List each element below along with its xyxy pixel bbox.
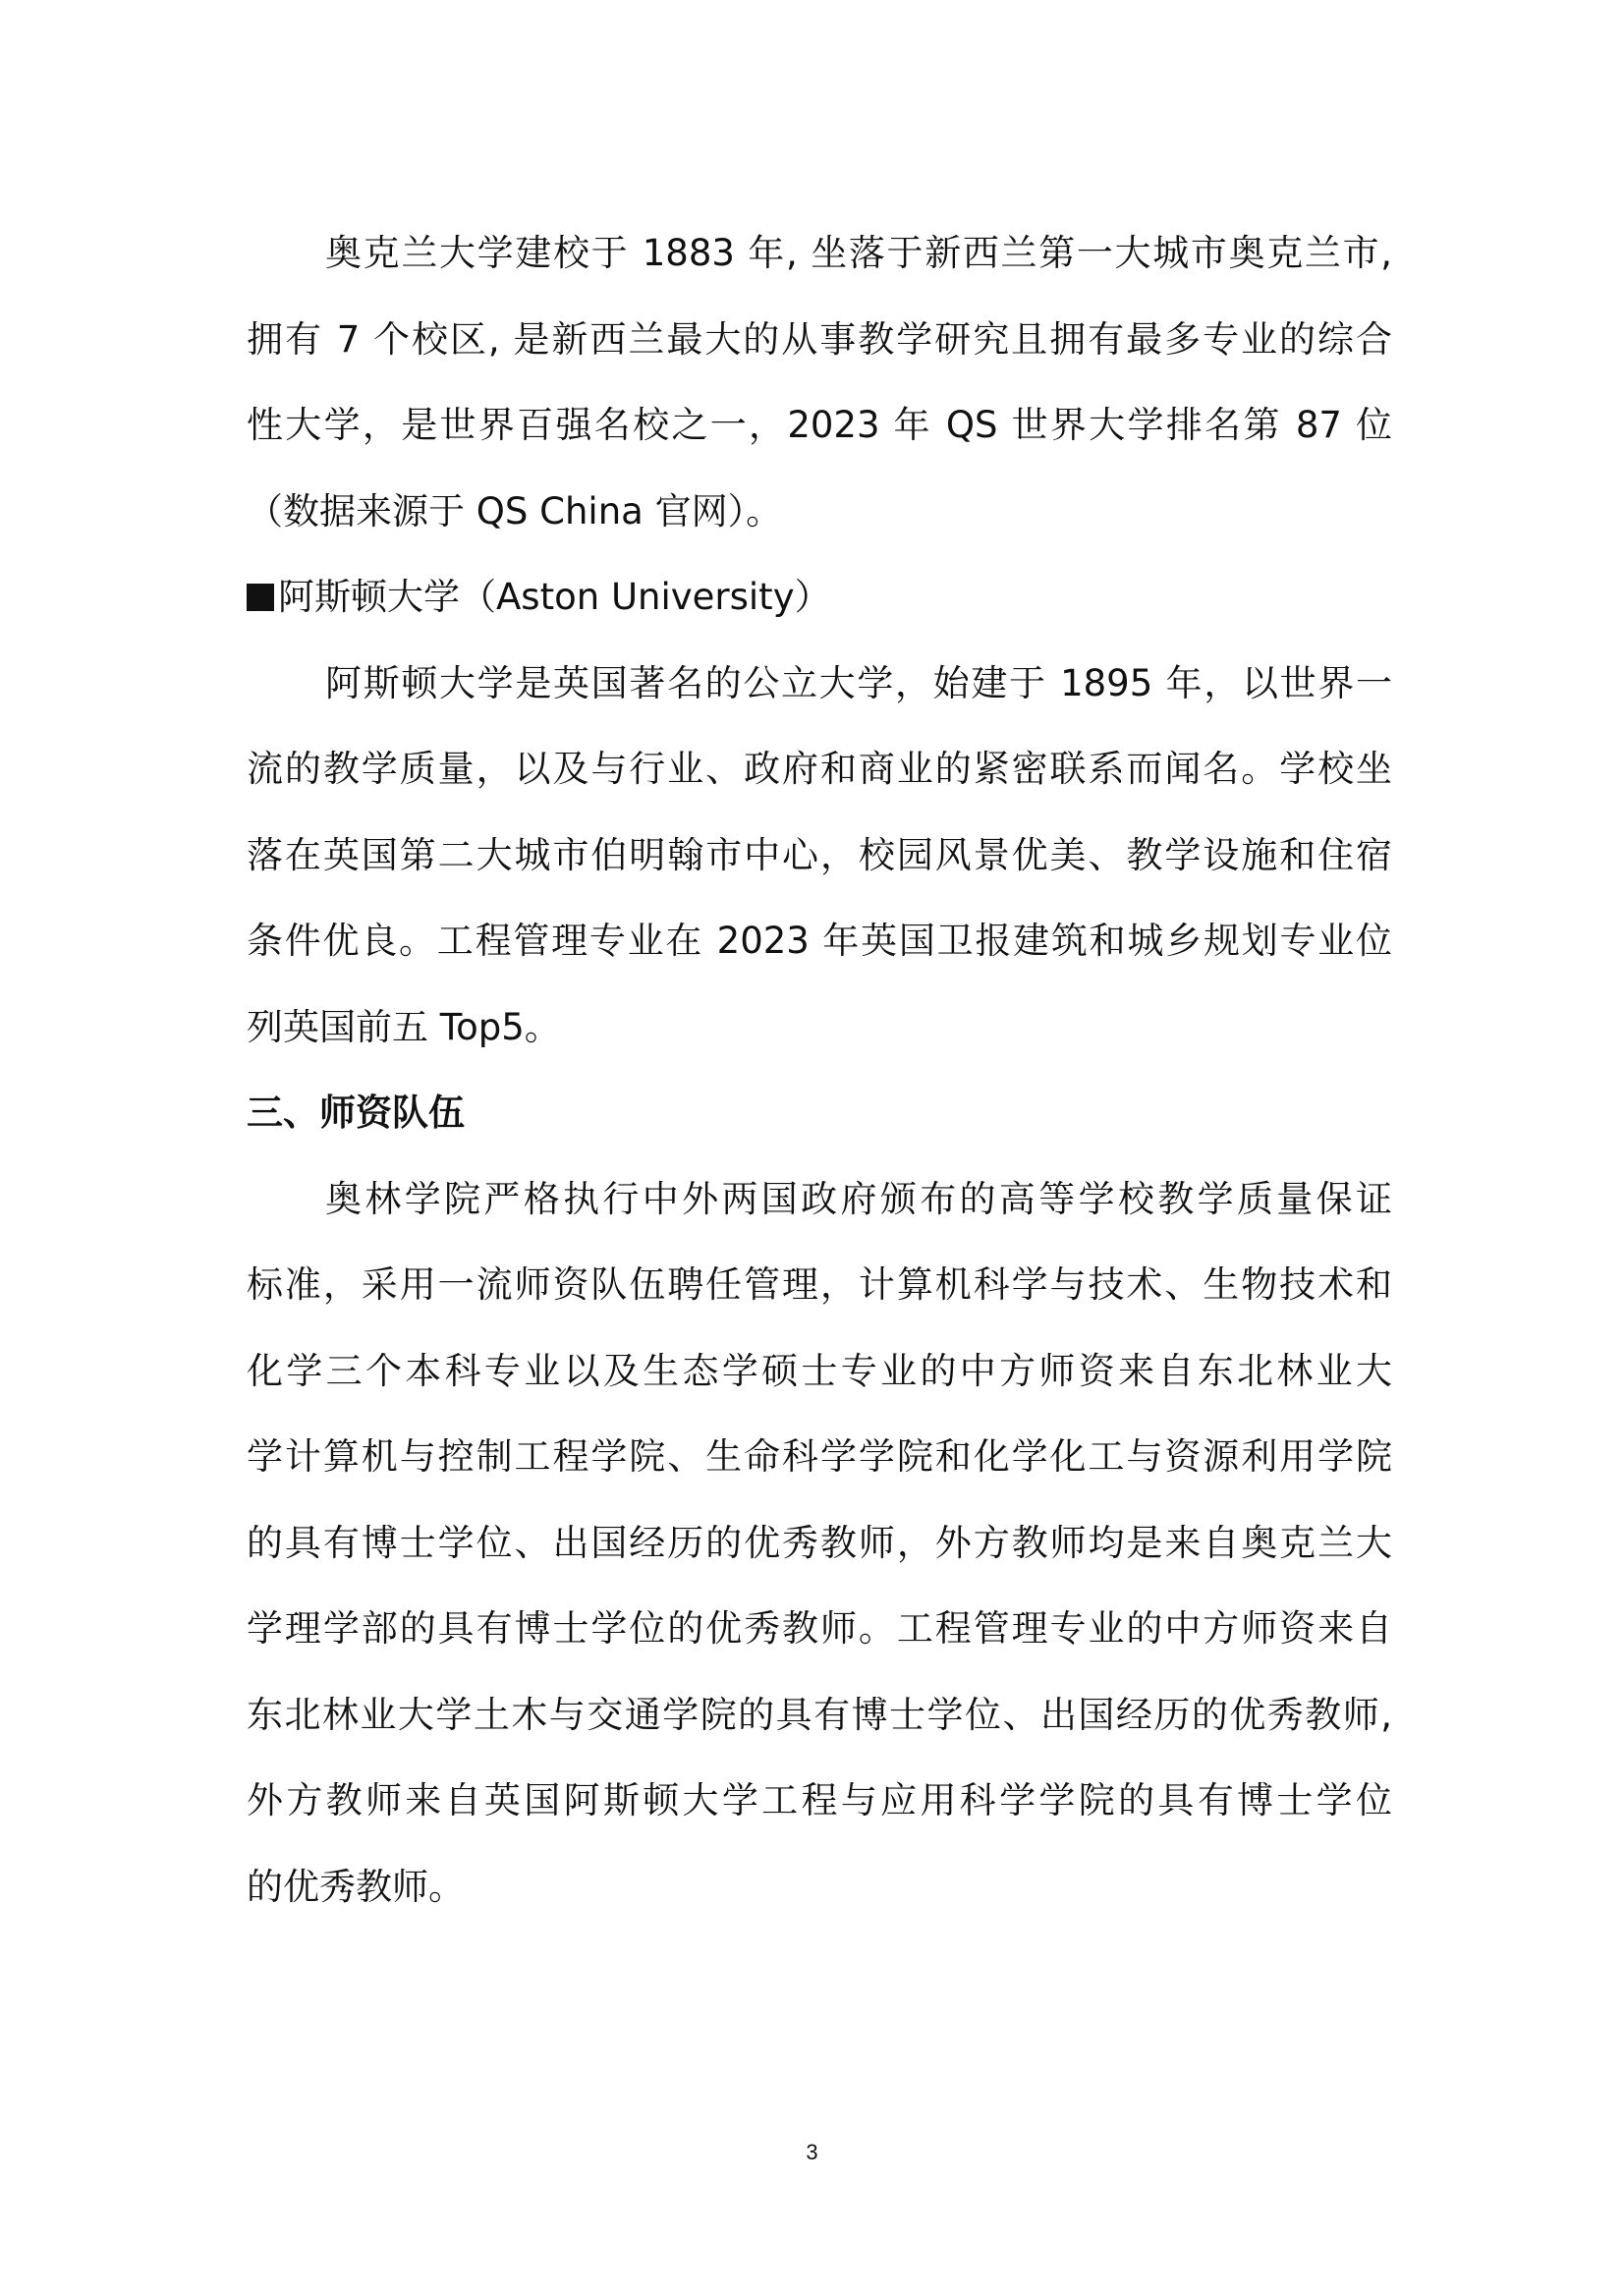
text-line: 学计算机与控制工程学院、生命科学学院和化学化工与资源利用学院 — [247, 1414, 1392, 1500]
page-content: 奥克兰大学建校于 1883 年, 坐落于新西兰第一大城市奥克兰市, 拥有 7 个… — [247, 210, 1392, 1930]
text-line: （数据来源于 QS China 官网）。 — [247, 469, 1392, 555]
text-line: 的具有博士学位、出国经历的优秀教师，外方教师均是来自奥克兰大 — [247, 1500, 1392, 1587]
text-line: 落在英国第二大城市伯明翰市中心，校园风景优美、教学设施和住宿 — [247, 812, 1392, 899]
text-line: 的优秀教师。 — [247, 1844, 1392, 1931]
square-bullet-icon — [247, 584, 274, 611]
subheading-text: 阿斯顿大学（Aston University） — [278, 576, 831, 618]
document-page: 奥克兰大学建校于 1883 年, 坐落于新西兰第一大城市奥克兰市, 拥有 7 个… — [0, 0, 1624, 2296]
text-line: 学理学部的具有博士学位的优秀教师。工程管理专业的中方师资来自 — [247, 1586, 1392, 1672]
text-line: 外方教师来自英国阿斯顿大学工程与应用科学学院的具有博士学位 — [247, 1758, 1392, 1844]
page-number: 3 — [0, 2140, 1624, 2165]
subheading-aston-university: 阿斯顿大学（Aston University） — [247, 554, 1392, 641]
text-line: 拥有 7 个校区, 是新西兰最大的从事教学研究且拥有最多专业的综合 — [247, 297, 1392, 383]
text-line: 列英国前五 Top5。 — [247, 984, 1392, 1071]
text-line: 奥克兰大学建校于 1883 年, 坐落于新西兰第一大城市奥克兰市, — [247, 210, 1392, 297]
text-line: 条件优良。工程管理专业在 2023 年英国卫报建筑和城乡规划专业位 — [247, 898, 1392, 984]
text-line: 奥林学院严格执行中外两国政府颁布的高等学校教学质量保证 — [247, 1156, 1392, 1243]
paragraph-auckland: 奥克兰大学建校于 1883 年, 坐落于新西兰第一大城市奥克兰市, 拥有 7 个… — [247, 210, 1392, 554]
text-line: 阿斯顿大学是英国著名的公立大学，始建于 1895 年，以世界一 — [247, 641, 1392, 727]
section-heading-faculty: 三、师资队伍 — [247, 1070, 1392, 1156]
text-line: 东北林业大学土木与交通学院的具有博士学位、出国经历的优秀教师, — [247, 1672, 1392, 1759]
text-line: 标准，采用一流师资队伍聘任管理，计算机科学与技术、生物技术和 — [247, 1242, 1392, 1328]
text-line: 性大学，是世界百强名校之一，2023 年 QS 世界大学排名第 87 位 — [247, 382, 1392, 469]
paragraph-faculty: 奥林学院严格执行中外两国政府颁布的高等学校教学质量保证 标准，采用一流师资队伍聘… — [247, 1156, 1392, 1931]
paragraph-aston: 阿斯顿大学是英国著名的公立大学，始建于 1895 年，以世界一 流的教学质量，以… — [247, 641, 1392, 1071]
text-line: 化学三个本科专业以及生态学硕士专业的中方师资来自东北林业大 — [247, 1328, 1392, 1415]
text-line: 流的教学质量，以及与行业、政府和商业的紧密联系而闻名。学校坐 — [247, 726, 1392, 812]
